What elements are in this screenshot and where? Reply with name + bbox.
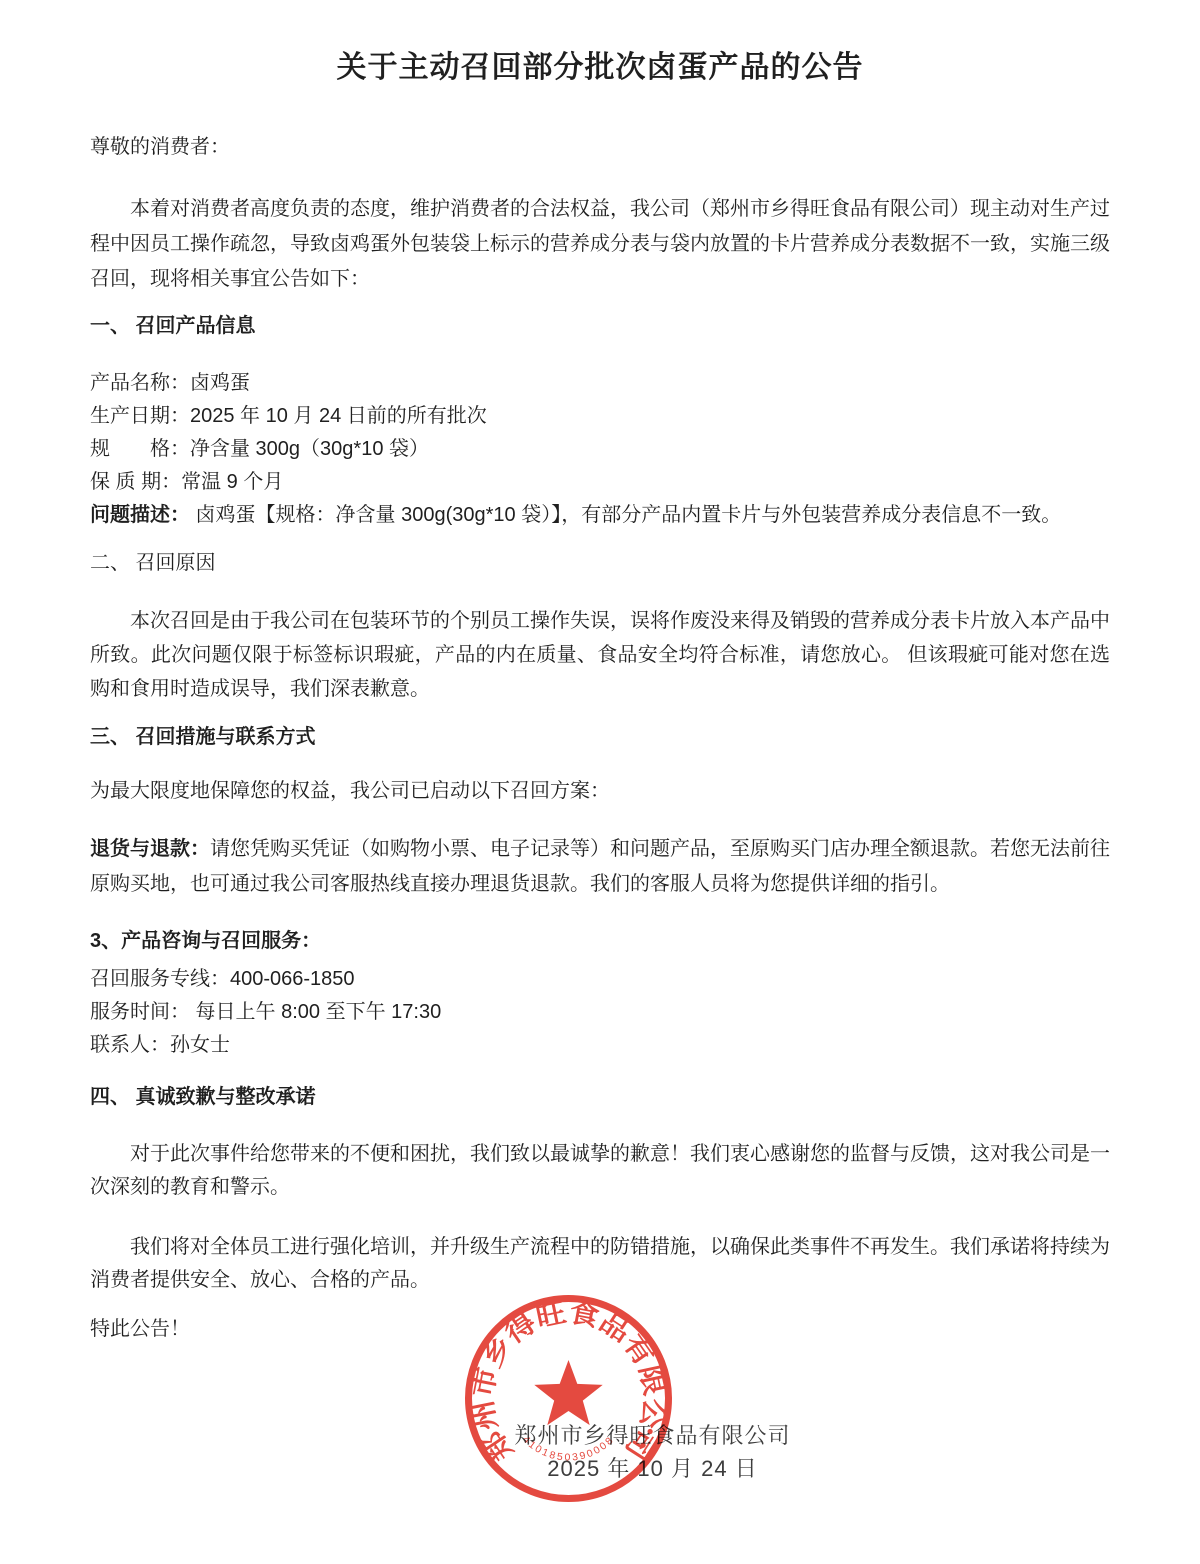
commitment-paragraph: 我们将对全体员工进行强化培训，并升级生产流程中的防错措施，以确保此类事件不再发生…	[90, 1231, 1110, 1297]
section-3-heading: 三、 召回措施与联系方式	[90, 724, 1110, 750]
hotline-line: 召回服务专线：400-066-1850	[90, 963, 1110, 996]
apology-paragraph: 对于此次事件给您带来的不便和困扰，我们致以最诚挚的歉意！我们衷心感谢您的监督与反…	[90, 1138, 1110, 1204]
document-body: 关于主动召回部分批次卤蛋产品的公告 尊敬的消费者： 本着对消费者高度负责的态度，…	[0, 50, 1200, 1342]
signature-date: 2025 年 10 月 24 日	[380, 1452, 925, 1485]
recall-announcement-document: 关于主动召回部分批次卤蛋产品的公告 尊敬的消费者： 本着对消费者高度负责的态度，…	[0, 0, 1200, 1564]
production-date-line: 生产日期：2025 年 10 月 24 日前的所有批次	[90, 400, 1110, 433]
shelf-life-line: 保 质 期：常温 9 个月	[90, 466, 1110, 499]
salutation: 尊敬的消费者：	[90, 134, 1110, 160]
recall-plan-lead: 为最大限度地保障您的权益，我公司已启动以下召回方案：	[90, 778, 1110, 804]
section-1-heading: 一、 召回产品信息	[90, 313, 1110, 339]
seal-star-icon	[534, 1360, 602, 1425]
recall-reason-paragraph: 本次召回是由于我公司在包装环节的个别员工操作失误，误将作废没来得及销毁的营养成分…	[90, 604, 1110, 706]
section-4-heading: 四、 真诚致歉与整改承诺	[90, 1084, 1110, 1110]
refund-label: 退货与退款：	[90, 838, 210, 860]
signature-company: 郑州市乡得旺食品有限公司	[380, 1419, 925, 1452]
section-2-heading: 二、 召回原因	[90, 550, 1110, 576]
product-name-line: 产品名称：卤鸡蛋	[90, 367, 1110, 400]
intro-paragraph: 本着对消费者高度负责的态度，维护消费者的合法权益，我公司（郑州市乡得旺食品有限公…	[90, 192, 1110, 297]
closing-statement: 特此公告！	[90, 1316, 1110, 1342]
document-title: 关于主动召回部分批次卤蛋产品的公告	[90, 50, 1110, 86]
problem-text: 卤鸡蛋【规格：净含量 300g(30g*10 袋）】，有部分产品内置卡片与外包装…	[190, 504, 1061, 526]
service-hours-line: 服务时间： 每日上午 8:00 至下午 17:30	[90, 996, 1110, 1029]
product-info-block: 产品名称：卤鸡蛋 生产日期：2025 年 10 月 24 日前的所有批次 规 格…	[90, 367, 1110, 532]
problem-label: 问题描述：	[90, 504, 190, 526]
contact-person-line: 联系人：孙女士	[90, 1029, 1110, 1062]
problem-description-line: 问题描述： 卤鸡蛋【规格：净含量 300g(30g*10 袋）】，有部分产品内置…	[90, 499, 1110, 532]
signature-block: 郑州市乡得旺食品有限公司 2025 年 10 月 24 日	[380, 1419, 925, 1485]
spec-line: 规 格：净含量 300g（30g*10 袋）	[90, 433, 1110, 466]
refund-text: 请您凭购买凭证（如购物小票、电子记录等）和问题产品，至原购买门店办理全额退款。若…	[90, 838, 1110, 895]
refund-paragraph: 退货与退款：请您凭购买凭证（如购物小票、电子记录等）和问题产品，至原购买门店办理…	[90, 832, 1110, 902]
contact-block: 召回服务专线：400-066-1850 服务时间： 每日上午 8:00 至下午 …	[90, 963, 1110, 1062]
service-subheading: 3、产品咨询与召回服务：	[90, 928, 1110, 954]
